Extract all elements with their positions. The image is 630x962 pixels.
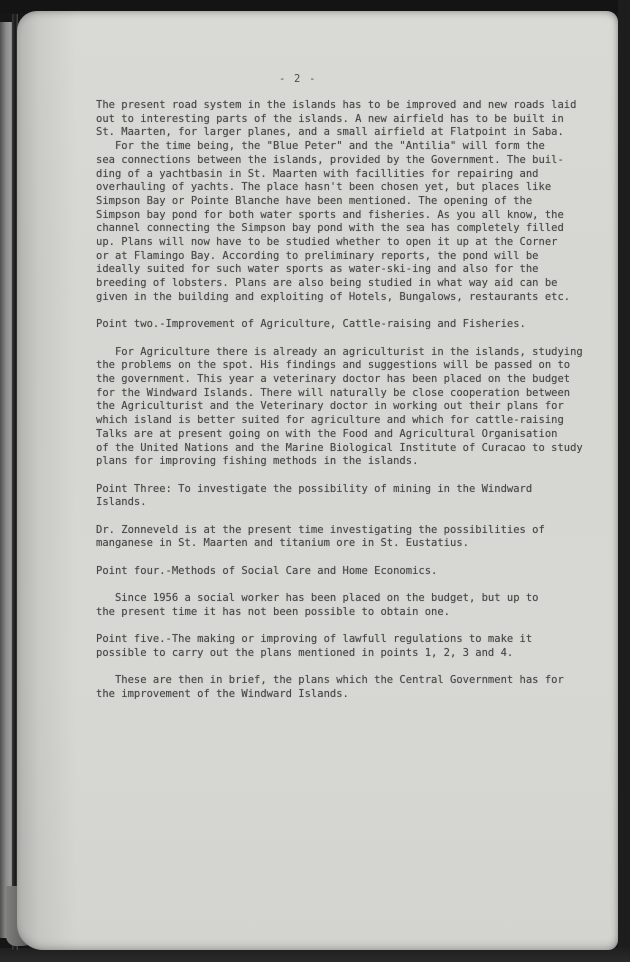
text-line	[96, 579, 612, 593]
text-line: ding of a yachtbasin in St. Maarten with…	[96, 168, 612, 182]
text-line: out to interesting parts of the islands.…	[96, 113, 612, 127]
text-line: possible to carry out the plans mentione…	[96, 647, 612, 661]
text-line: the present time it has not been possibl…	[96, 606, 612, 620]
text-line: For the time being, the "Blue Peter" and…	[96, 140, 612, 154]
text-line: for the Windward Islands. There will nat…	[96, 387, 612, 401]
page-number: - 2 -	[279, 73, 317, 85]
text-line: Dr. Zonneveld is at the present time inv…	[96, 524, 612, 538]
text-line: up. Plans will now have to be studied wh…	[96, 236, 612, 250]
text-line: Since 1956 a social worker has been plac…	[96, 592, 612, 606]
text-line: These are then in brief, the plans which…	[96, 674, 612, 688]
text-line: the improvement of the Windward Islands.	[96, 688, 612, 702]
text-line: breeding of lobsters. Plans are also bei…	[96, 277, 612, 291]
text-line: or at Flamingo Bay. According to prelimi…	[96, 250, 612, 264]
text-line: of the United Nations and the Marine Bio…	[96, 442, 612, 456]
text-line: Point four.-Methods of Social Care and H…	[96, 565, 612, 579]
text-line: Point five.-The making or improving of l…	[96, 633, 612, 647]
text-line: channel connecting the Simpson bay pond …	[96, 222, 612, 236]
scan-background-bottom	[0, 948, 630, 962]
text-line: Point Three: To investigate the possibil…	[96, 483, 612, 497]
text-line: Simpson Bay or Pointe Blanche have been …	[96, 195, 612, 209]
text-line: the problems on the spot. His findings a…	[96, 359, 612, 373]
document-text: The present road system in the islands h…	[96, 99, 612, 702]
text-line: Talks are at present going on with the F…	[96, 428, 612, 442]
text-line: manganese in St. Maarten and titanium or…	[96, 537, 612, 551]
text-line: Islands.	[96, 496, 612, 510]
text-line: plans for improving fishing methods in t…	[96, 455, 612, 469]
text-line	[96, 305, 612, 319]
text-line: The present road system in the islands h…	[96, 99, 612, 113]
text-line	[96, 332, 612, 346]
text-line: overhauling of yachts. The place hasn't …	[96, 181, 612, 195]
text-line: Point two.-Improvement of Agriculture, C…	[96, 318, 612, 332]
text-line: For Agriculture there is already an agri…	[96, 346, 612, 360]
text-line: given in the building and exploiting of …	[96, 291, 612, 305]
text-line: which island is better suited for agricu…	[96, 414, 612, 428]
text-line: sea connections between the islands, pro…	[96, 154, 612, 168]
text-line	[96, 620, 612, 634]
text-line: the government. This year a veterinary d…	[96, 373, 612, 387]
text-line	[96, 551, 612, 565]
text-line: the Agriculturist and the Veterinary doc…	[96, 400, 612, 414]
text-line	[96, 510, 612, 524]
scan-background-right	[618, 0, 630, 962]
text-line	[96, 469, 612, 483]
text-line: ideally suited for such water sports as …	[96, 263, 612, 277]
text-line	[96, 661, 612, 675]
scanned-page: - 2 - The present road system in the isl…	[17, 11, 618, 950]
text-line: Simpson bay pond for both water sports a…	[96, 209, 612, 223]
text-line: St. Maarten, for larger planes, and a sm…	[96, 126, 612, 140]
